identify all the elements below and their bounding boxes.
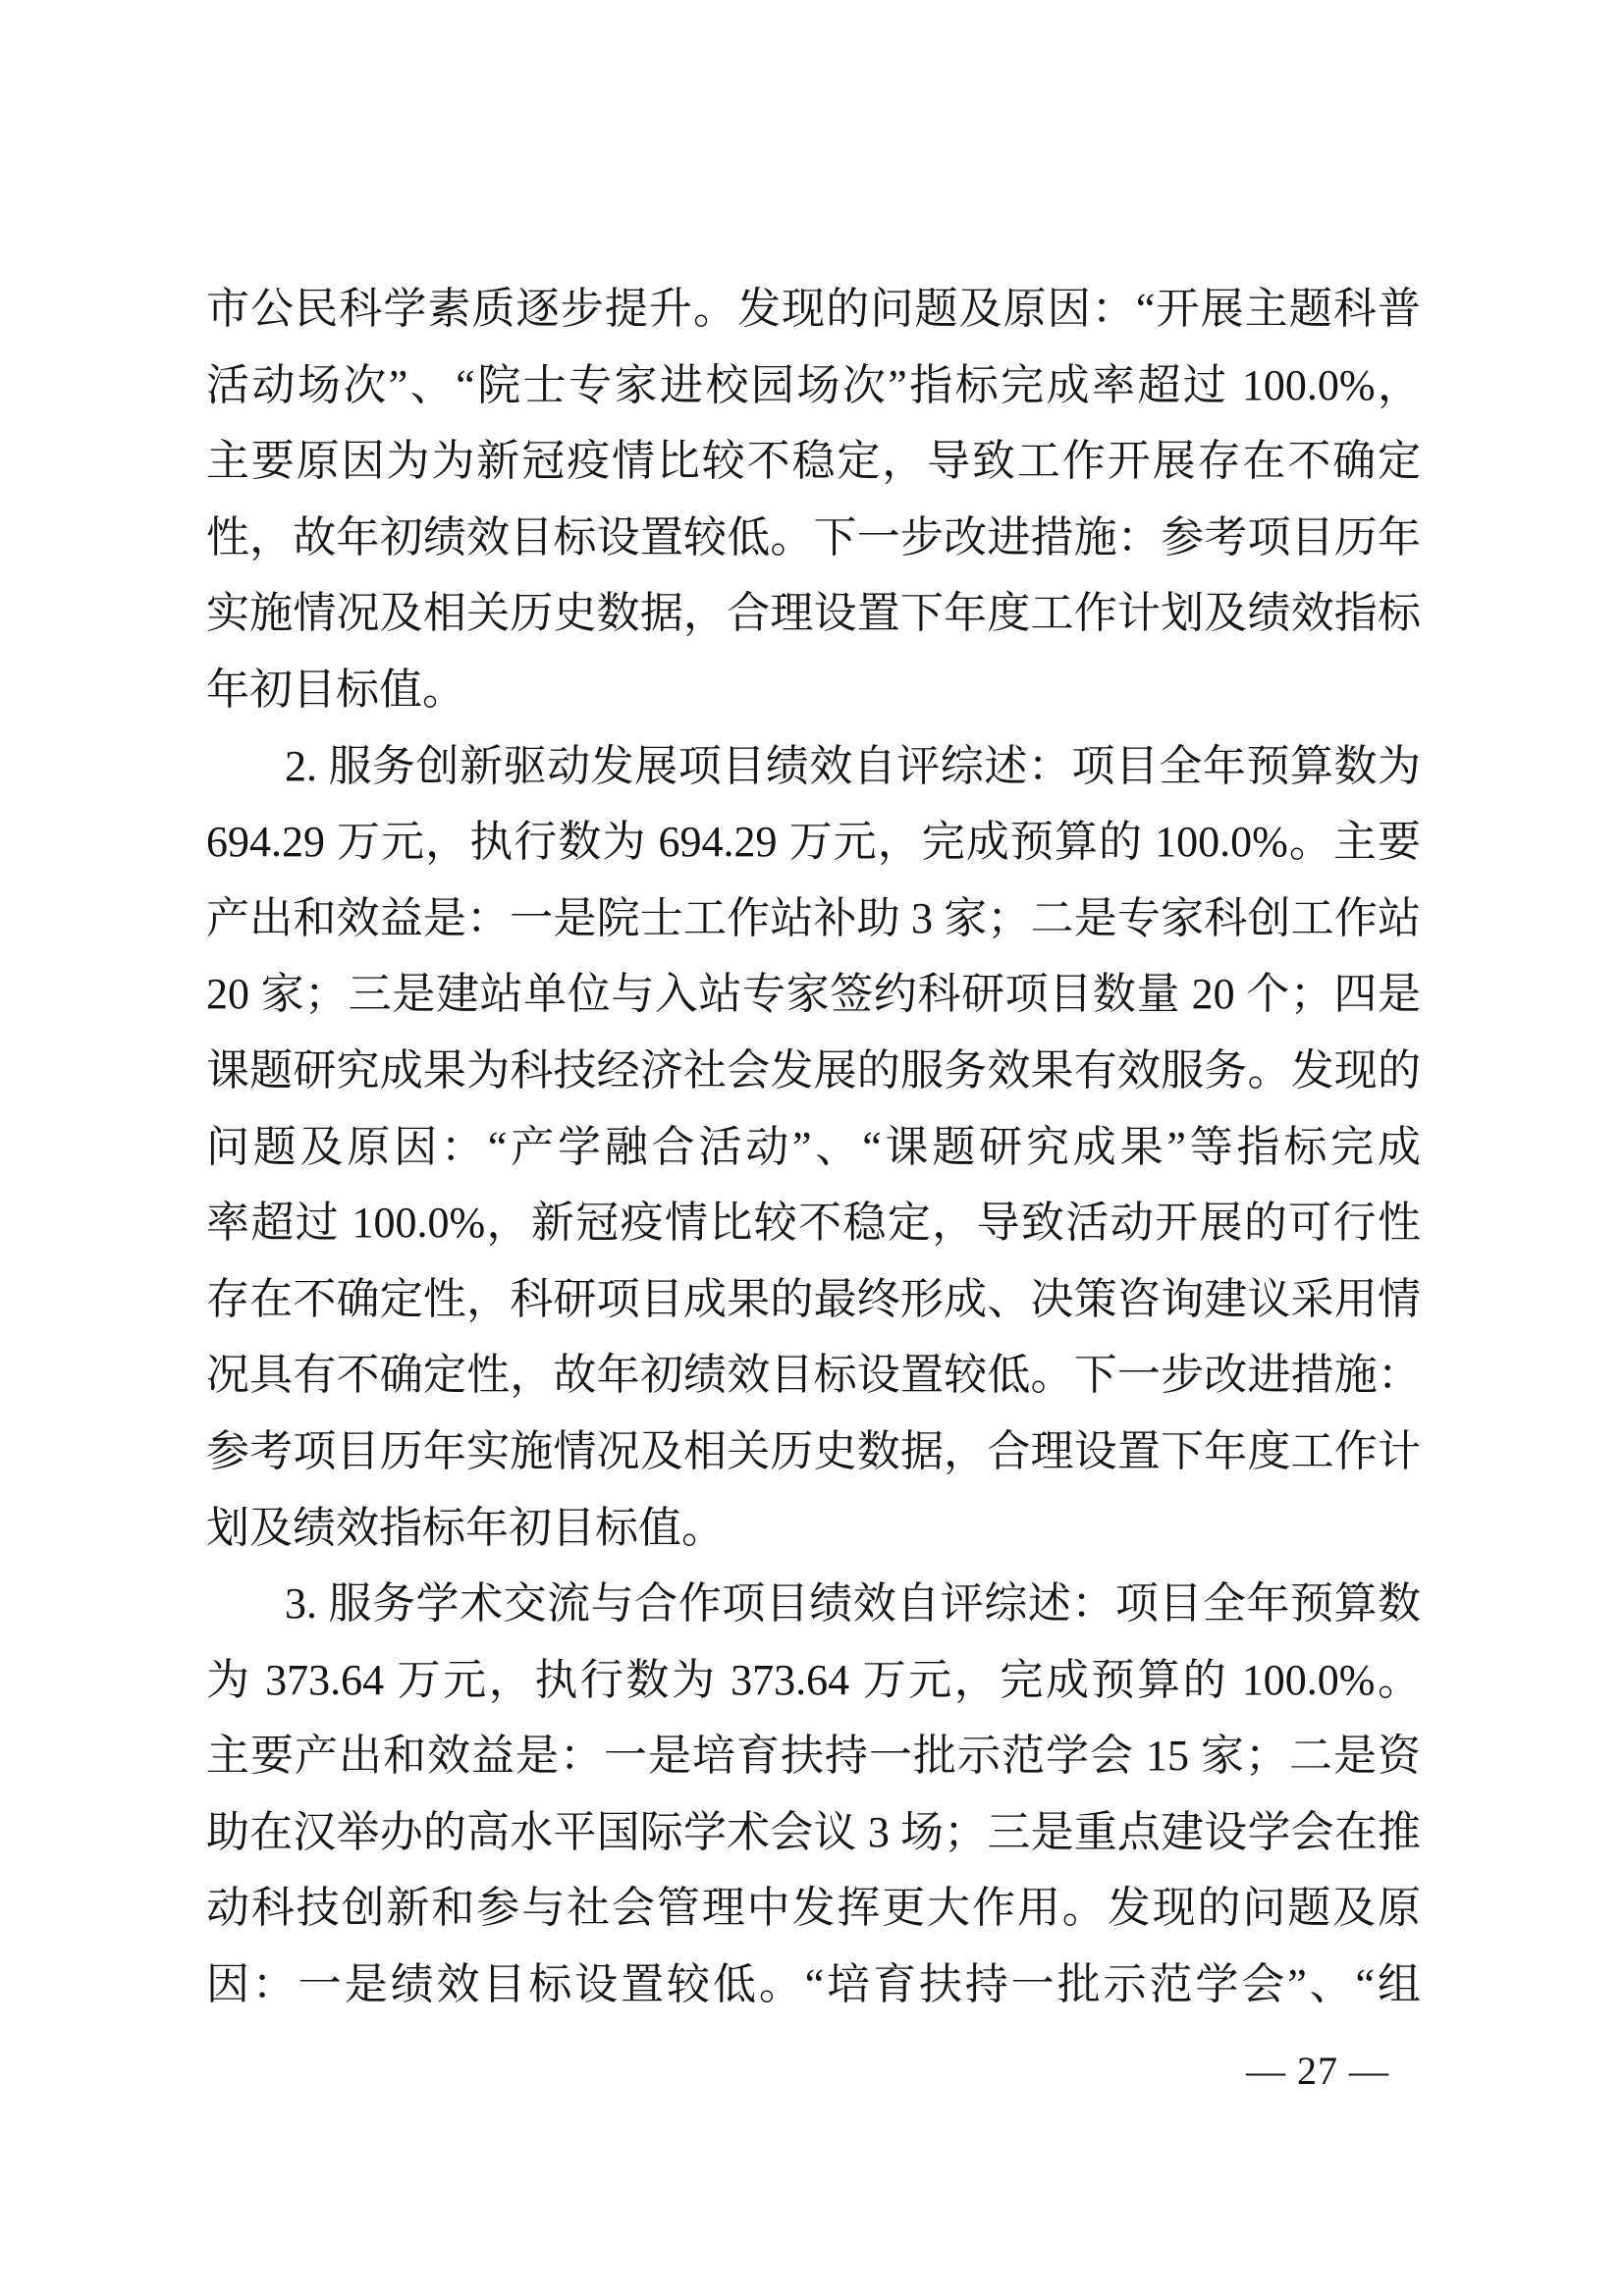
page-footer: — 27 — [1219,2047,1416,2096]
text-line: 存在不确定性，科研项目成果的最终形成、决策咨询建议采用情 [206,1261,1421,1338]
text-line: 3. 服务学术交流与合作项目绩效自评综述：项目全年预算数 [206,1566,1421,1642]
text-line: 实施情况及相关历史数据，合理设置下年度工作计划及绩效指标 [206,575,1421,652]
document-page: 市公民科学素质逐步提升。发现的问题及原因：“开展主题科普活动场次”、“院士专家进… [0,0,1624,2296]
text-line: 助在汉举办的高水平国际学术会议 3 场；三是重点建设学会在推 [206,1794,1421,1871]
text-line: 为 373.64 万元，执行数为 373.64 万元，完成预算的 100.0%。 [206,1642,1421,1719]
document-body: 市公民科学素质逐步提升。发现的问题及原因：“开展主题科普活动场次”、“院士专家进… [206,271,1421,2023]
page-number: — 27 — [1246,2049,1389,2093]
text-line: 性，故年初绩效目标设置较低。下一步改进措施：参考项目历年 [206,500,1421,576]
text-line: 因：一是绩效目标设置较低。“培育扶持一批示范学会”、“组 [206,1947,1421,2023]
text-line: 市公民科学素质逐步提升。发现的问题及原因：“开展主题科普 [206,271,1421,347]
text-line: 课题研究成果为科技经济社会发展的服务效果有效服务。发现的 [206,1033,1421,1109]
text-line: 主要产出和效益是：一是培育扶持一批示范学会 15 家；二是资 [206,1718,1421,1794]
text-line: 划及绩效指标年初目标值。 [206,1490,1421,1567]
text-line: 产出和效益是：一是院士工作站补助 3 家；二是专家科创工作站 [206,881,1421,957]
text-line: 年初目标值。 [206,652,1421,728]
text-line: 2. 服务创新驱动发展项目绩效自评综述：项目全年预算数为 [206,728,1421,805]
text-line: 率超过 100.0%，新冠疫情比较不稳定，导致活动开展的可行性 [206,1185,1421,1261]
text-line: 活动场次”、“院士专家进校园场次”指标完成率超过 100.0%， [206,347,1421,424]
text-line: 动科技创新和参与社会管理中发挥更大作用。发现的问题及原 [206,1870,1421,1947]
text-line: 况具有不确定性，故年初绩效目标设置较低。下一步改进措施： [206,1337,1421,1414]
text-line: 694.29 万元，执行数为 694.29 万元，完成预算的 100.0%。主要 [206,804,1421,881]
text-line: 20 家；三是建站单位与入站专家签约科研项目数量 20 个；四是 [206,956,1421,1033]
text-line: 问题及原因：“产学融合活动”、“课题研究成果”等指标完成 [206,1109,1421,1186]
text-line: 参考项目历年实施情况及相关历史数据，合理设置下年度工作计 [206,1414,1421,1490]
text-line: 主要原因为为新冠疫情比较不稳定，导致工作开展存在不确定 [206,423,1421,500]
